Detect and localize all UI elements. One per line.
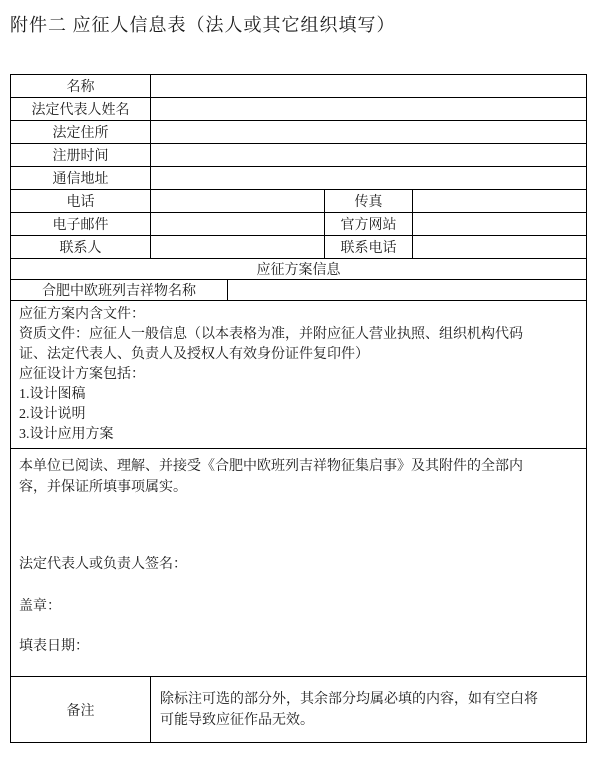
documents-line: 3.设计应用方案 bbox=[19, 425, 546, 445]
document-page: 附件二 应征人信息表（法人或其它组织填写） 名称 法定代表人姓名 法定住所 注册… bbox=[0, 0, 596, 759]
declaration-statement: 本单位已阅读、理解、并接受《合肥中欧班列吉祥物征集启事》及其附件的全部内容，并保… bbox=[19, 456, 544, 498]
table-row-remark: 备注 除标注可选的部分外，其余部分均属必填的内容，如有空白将可能导致应征作品无效… bbox=[11, 677, 586, 742]
phone-field[interactable] bbox=[151, 190, 325, 212]
contact-phone-label: 联系电话 bbox=[325, 236, 413, 258]
applicant-info-table: 名称 法定代表人姓名 法定住所 注册时间 通信地址 电话 传真 电子邮件 bbox=[10, 74, 587, 743]
table-row-documents: 应征方案内含文件： 资质文件：应征人一般信息（以本表格为准，并附应征人营业执照、… bbox=[11, 301, 586, 449]
legal-address-label: 法定住所 bbox=[11, 121, 151, 143]
table-row-email-website: 电子邮件 官方网站 bbox=[11, 213, 586, 236]
organization-name-label: 名称 bbox=[11, 75, 151, 97]
documents-line: 应征方案内含文件： bbox=[19, 305, 546, 325]
documents-line: 1.设计图稿 bbox=[19, 385, 546, 405]
legal-representative-field[interactable] bbox=[151, 98, 586, 120]
fax-field[interactable] bbox=[413, 190, 586, 212]
remark-text: 除标注可选的部分外，其余部分均属必填的内容，如有空白将可能导致应征作品无效。 bbox=[151, 677, 586, 742]
official-website-label: 官方网站 bbox=[325, 213, 413, 235]
page-title: 附件二 应征人信息表（法人或其它组织填写） bbox=[0, 0, 596, 37]
mascot-name-label: 合肥中欧班列吉祥物名称 bbox=[11, 280, 228, 300]
organization-name-field[interactable] bbox=[151, 75, 586, 97]
contact-person-field[interactable] bbox=[151, 236, 325, 258]
documents-line: 应征设计方案包括： bbox=[19, 365, 546, 385]
fill-date-label: 填表日期： bbox=[19, 637, 544, 657]
legal-address-field[interactable] bbox=[151, 121, 586, 143]
documents-line: 2.设计说明 bbox=[19, 405, 546, 425]
email-field[interactable] bbox=[151, 213, 325, 235]
mailing-address-label: 通信地址 bbox=[11, 167, 151, 189]
mascot-name-field[interactable] bbox=[228, 280, 586, 300]
email-label: 电子邮件 bbox=[11, 213, 151, 235]
table-row-declaration: 本单位已阅读、理解、并接受《合肥中欧班列吉祥物征集启事》及其附件的全部内容，并保… bbox=[11, 449, 586, 677]
documents-line: 资质文件：应征人一般信息（以本表格为准，并附应征人营业执照、组织机构代码证、法定… bbox=[19, 325, 546, 365]
seal-label: 盖章： bbox=[19, 597, 544, 617]
registration-date-label: 注册时间 bbox=[11, 144, 151, 166]
registration-date-field[interactable] bbox=[151, 144, 586, 166]
table-row-phone-fax: 电话 传真 bbox=[11, 190, 586, 213]
table-row-section-header: 应征方案信息 bbox=[11, 259, 586, 280]
documents-block: 应征方案内含文件： 资质文件：应征人一般信息（以本表格为准，并附应征人营业执照、… bbox=[11, 301, 586, 448]
phone-label: 电话 bbox=[11, 190, 151, 212]
table-row-legal-address: 法定住所 bbox=[11, 121, 586, 144]
table-row-organization-name: 名称 bbox=[11, 75, 586, 98]
table-row-contact-person: 联系人 联系电话 bbox=[11, 236, 586, 259]
remark-label: 备注 bbox=[11, 677, 151, 742]
table-row-mailing-address: 通信地址 bbox=[11, 167, 586, 190]
signature-label: 法定代表人或负责人签名： bbox=[19, 555, 544, 575]
table-row-registration-date: 注册时间 bbox=[11, 144, 586, 167]
fax-label: 传真 bbox=[325, 190, 413, 212]
table-row-legal-representative: 法定代表人姓名 bbox=[11, 98, 586, 121]
proposal-section-header: 应征方案信息 bbox=[11, 259, 586, 279]
mailing-address-field[interactable] bbox=[151, 167, 586, 189]
official-website-field[interactable] bbox=[413, 213, 586, 235]
legal-representative-label: 法定代表人姓名 bbox=[11, 98, 151, 120]
contact-phone-field[interactable] bbox=[413, 236, 586, 258]
table-row-mascot-name: 合肥中欧班列吉祥物名称 bbox=[11, 280, 586, 301]
contact-person-label: 联系人 bbox=[11, 236, 151, 258]
declaration-block: 本单位已阅读、理解、并接受《合肥中欧班列吉祥物征集启事》及其附件的全部内容，并保… bbox=[11, 449, 586, 676]
